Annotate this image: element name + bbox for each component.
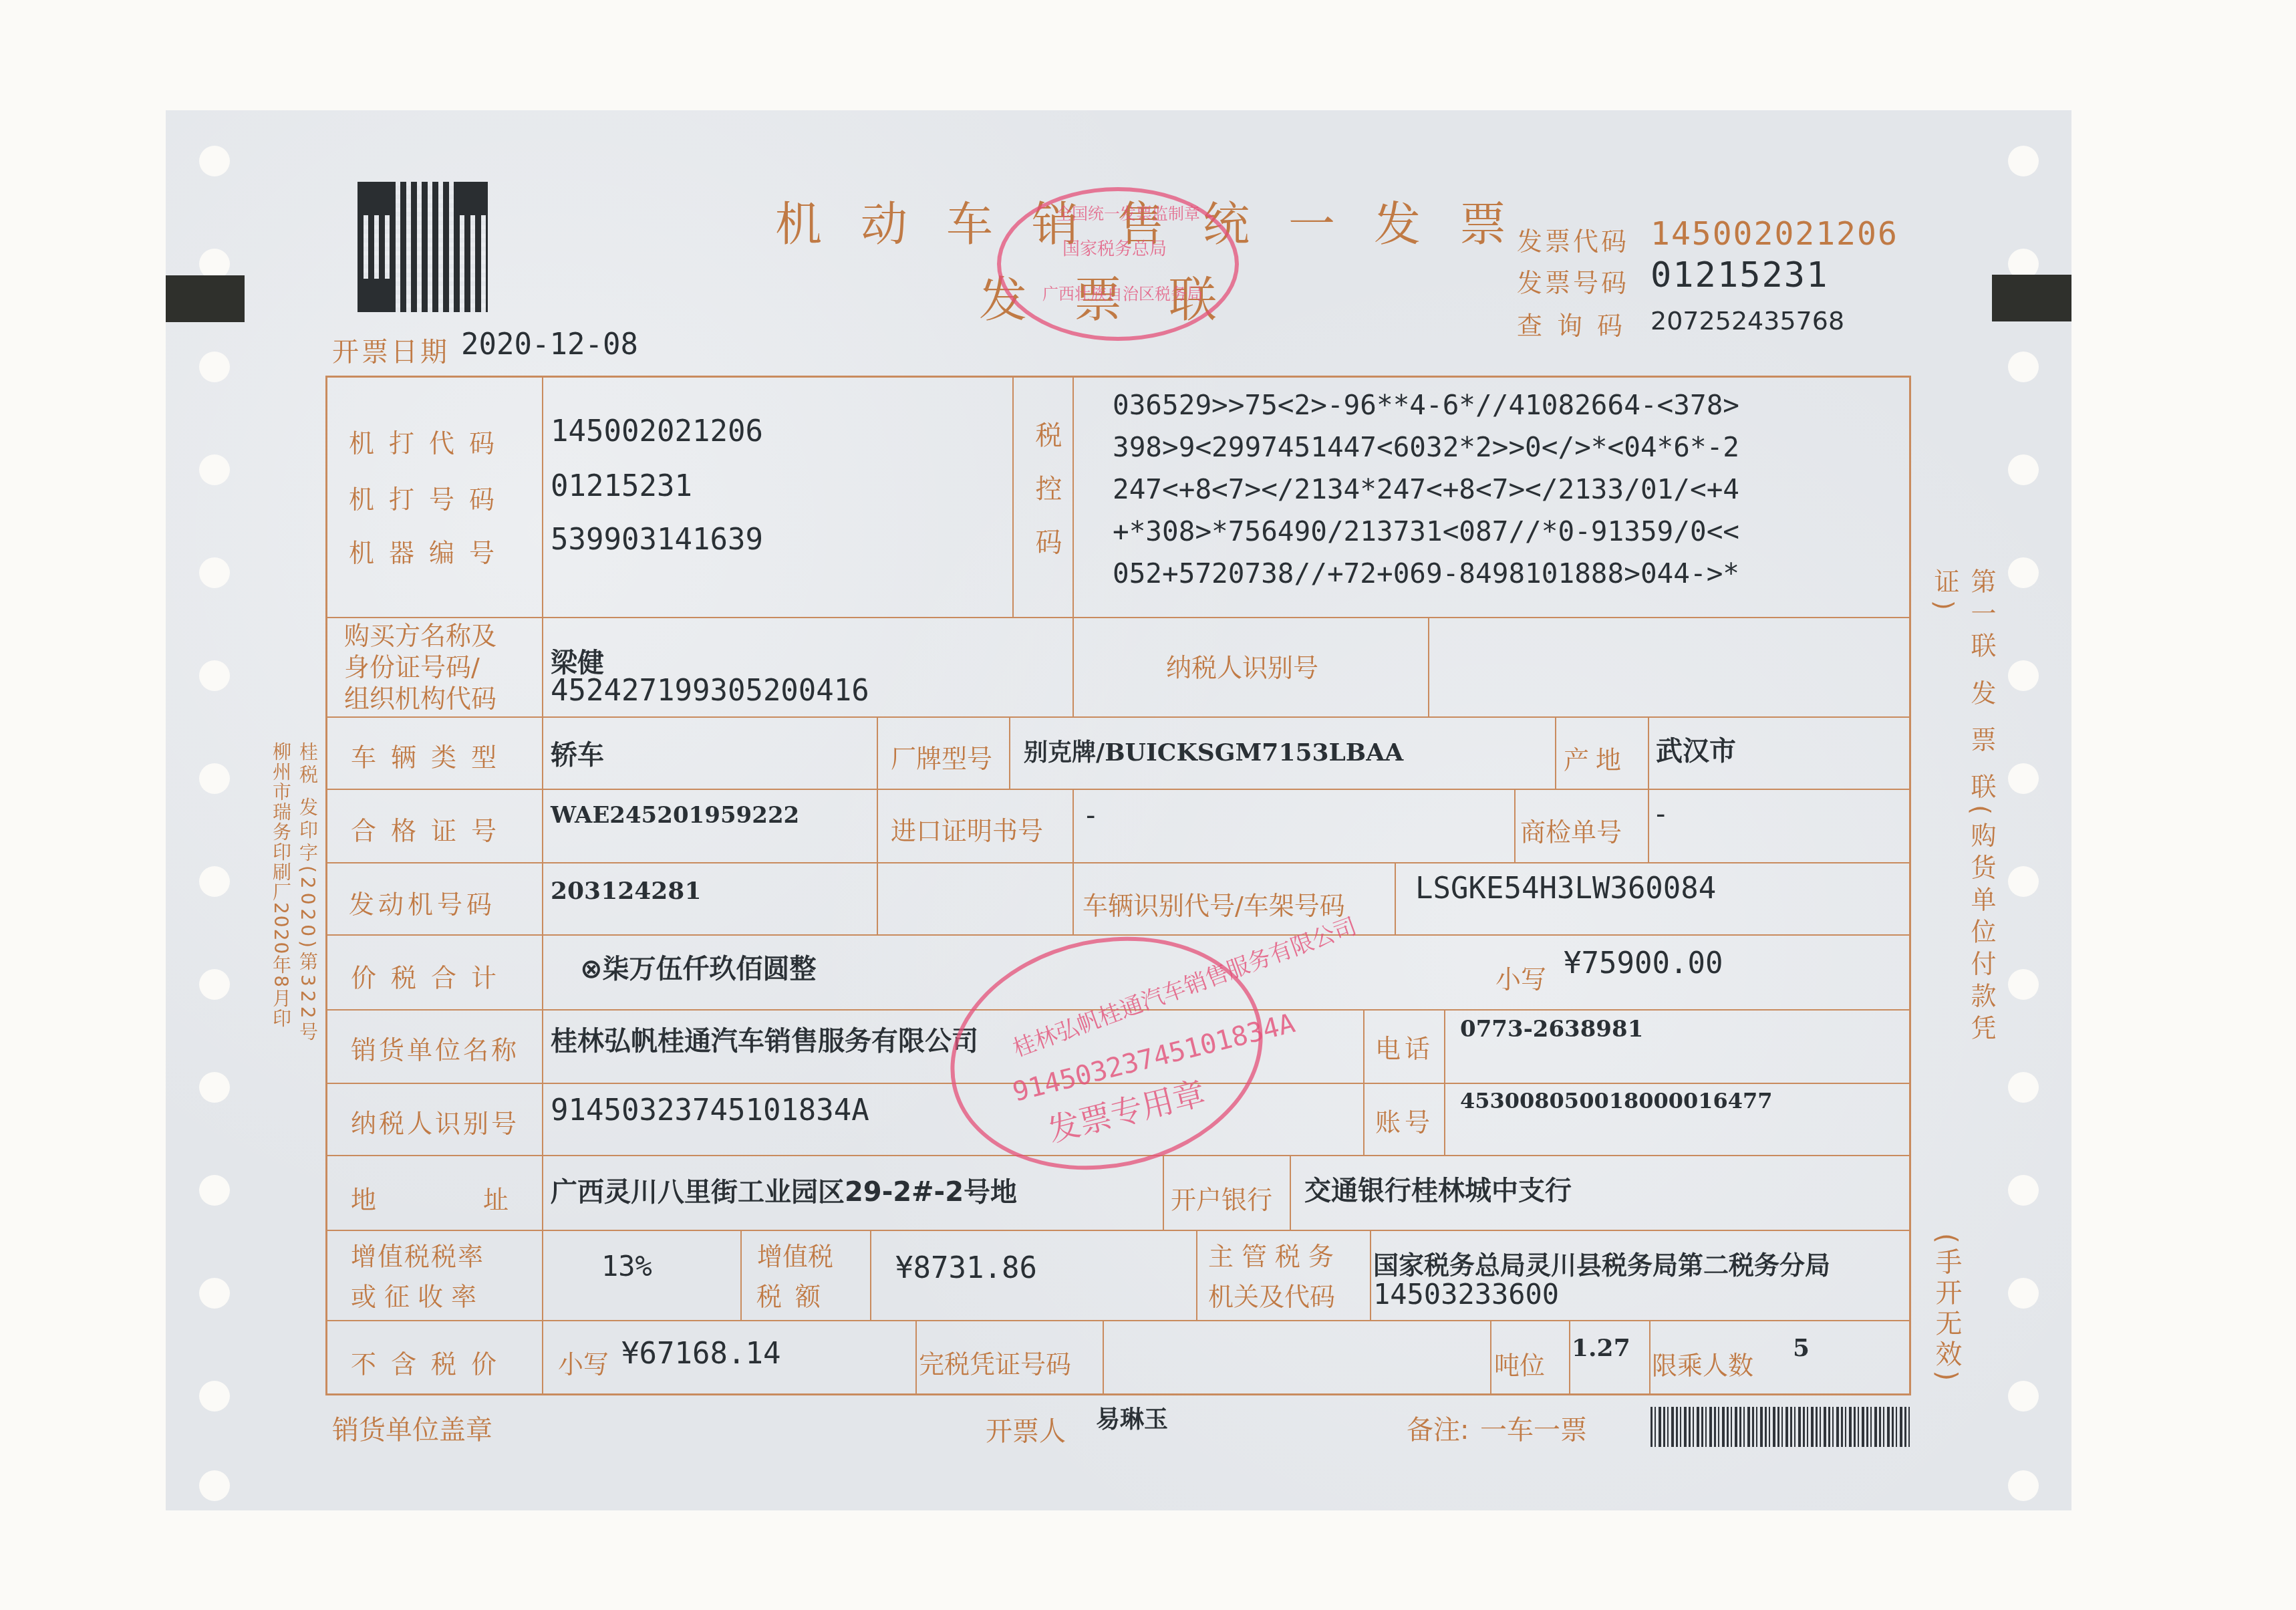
tax-rate: 13% [601,1250,652,1283]
issuer-label: 开票人 [986,1410,1066,1448]
inspection-number: - [1656,799,1665,830]
total-amount: ¥75900.00 [1564,946,1723,980]
tonnage: 1.27 [1572,1334,1630,1362]
engine-number: 203124281 [551,877,701,905]
invoice-code: 145002021206 [1651,215,1898,253]
buyer-taxpayer-id-label: 纳税人识别号 [1166,647,1318,684]
total-small-label: 小写 [1495,958,1546,995]
invoice-number-label: 发票号码 [1517,262,1629,299]
seats: 5 [1793,1334,1810,1362]
perforation-hole [199,352,230,382]
seats-label: 限乘人数 [1652,1345,1753,1381]
tonnage-label: 吨位 [1494,1345,1545,1381]
seller-taxpayer-id-label: 纳税人识别号 [351,1103,519,1139]
origin: 武汉市 [1656,730,1736,768]
issuer-name: 易琳玉 [1096,1401,1168,1435]
machine-number: 01215231 [551,469,692,503]
perforation-hole [2008,866,2039,897]
perforation-hole [199,1381,230,1412]
seller-address: 广西灵川八里街工业园区29-2#-2号地 [551,1171,1017,1209]
import-cert: - [1086,801,1095,831]
perforation-hole [199,557,230,588]
vehicle-type: 轿车 [551,734,604,772]
tax-rate-label: 增值税税率或征收率 [351,1236,484,1317]
total-label: 价税合计 [351,957,511,994]
perforation-hole [199,660,230,691]
tax-amount-label: 增值税税额 [756,1236,834,1317]
invoice-number: 01215231 [1651,255,1828,295]
inspection-label: 商检单号 [1520,811,1622,848]
seller-phone: 0773-2638981 [1460,1016,1643,1043]
perforation-hole [2008,454,2039,485]
perforation-hole [2008,352,2039,382]
stamp-text: 全国统一发票监制章 [1056,200,1200,224]
seller-name: 桂林弘帆桂通汽车销售服务有限公司 [551,1020,978,1058]
perforation-hole [2008,763,2039,794]
tax-authority: 国家税务总局灵川县税务局第二税务分局 [1373,1244,1830,1281]
seller-taxpayer-id: 91450323745101834A [551,1093,869,1127]
remark: 一车一票 [1480,1409,1587,1447]
perforation-hole [199,1278,230,1309]
engine-label: 发动机号码 [349,884,496,920]
issue-date-label: 开票日期 [332,331,450,369]
copy-designation: 第一联 发 票 联(购货单位付款凭证) [1926,568,2000,1076]
stamp-text: 广西壮族自治区税务局 [1042,281,1203,304]
perforation-hole [199,969,230,1000]
stamp-text: 国家税务总局 [1062,235,1167,260]
origin-label: 产地 [1564,739,1628,776]
machine-code-label: 机打代码 [349,422,509,459]
pretax-label: 不含税价 [351,1343,511,1380]
perforation-hole [199,866,230,897]
perforation-hole [2008,557,2039,588]
brand-model: 别克牌/BUICKSGM7153LBAA [1024,734,1403,768]
barcode-icon [1651,1407,1911,1447]
cert-number: WAE245201959222 [551,802,799,829]
seller-seal-label: 销货单位盖章 [332,1409,492,1447]
print-permit-line1: 桂税 发印字(2020)第322号 [294,742,321,1045]
invoice-code-label: 发票代码 [1517,221,1629,257]
vehicle-type-label: 车辆类型 [351,736,511,773]
issue-date: 2020-12-08 [461,327,638,362]
machine-device-label: 机器编号 [349,532,509,569]
brand-label: 厂牌型号 [891,738,992,775]
perforation-hole [2008,1175,2039,1206]
vin-label: 车辆识别代号/车架号码 [1083,885,1345,922]
import-cert-label: 进口证明书号 [891,810,1043,847]
perforation-hole [2008,660,2039,691]
vin: LSGKE54H3LW360084 [1415,871,1716,906]
perforation-hole [199,1072,230,1103]
machine-device: 539903141639 [551,523,763,557]
perforation-hole [199,1175,230,1206]
seller-account: 453008050018000016477 [1460,1088,1773,1113]
seller-account-label: 账号 [1375,1101,1434,1138]
tax-control-label: 税控码 [1028,421,1066,581]
perforation-hole [199,146,230,176]
handwritten-invalid-notice: (手开无效) [1928,1233,1966,1385]
tax-authority-label: 主管税务机关及代码 [1208,1236,1342,1317]
tax-authority-code: 14503233600 [1373,1278,1559,1311]
duty-cert-label: 完税凭证号码 [919,1343,1071,1380]
perforation-hole [199,763,230,794]
perforation-hole [2008,146,2039,176]
buyer-label: 购买方名称及身份证号码/组织机构代码 [344,620,496,714]
seller-phone-label: 电话 [1375,1028,1434,1065]
cert-label: 合格证号 [351,810,511,847]
machine-code: 145002021206 [551,414,763,448]
remark-label: 备注: [1407,1409,1469,1447]
query-code-label: 查询码 [1517,305,1637,342]
perforation-hole [2008,1278,2039,1309]
query-code: 207252435768 [1651,306,1844,336]
seller-name-label: 销货单位名称 [351,1029,519,1066]
seller-bank: 交通银行桂林城中支行 [1304,1170,1572,1208]
pretax-amount: ¥67168.14 [621,1337,780,1371]
perforation-hole [2008,1470,2039,1501]
perforation-hole [2008,1072,2039,1103]
seller-bank-label: 开户银行 [1171,1179,1272,1216]
total-in-words: ⊗柒万伍仟玖佰圆整 [580,948,817,986]
tax-amount: ¥8731.86 [895,1251,1037,1285]
machine-number-label: 机打号码 [349,479,509,515]
alignment-mark [1992,275,2071,321]
pretax-small-label: 小写 [558,1343,609,1380]
perforation-hole [2008,1381,2039,1412]
perforation-hole [199,1470,230,1501]
tax-control-code: 036529>>75<2>-96**4-6*//41082664-<378> 3… [1113,384,1739,595]
perforation-hole [199,454,230,485]
buyer-id: 452427199305200416 [551,674,869,708]
alignment-mark [166,275,245,322]
perforation-hole [2008,969,2039,1000]
print-permit-line2: 柳州市瑞务印刷厂2020年8月印 [267,742,294,1029]
qr-code-icon [357,182,488,312]
